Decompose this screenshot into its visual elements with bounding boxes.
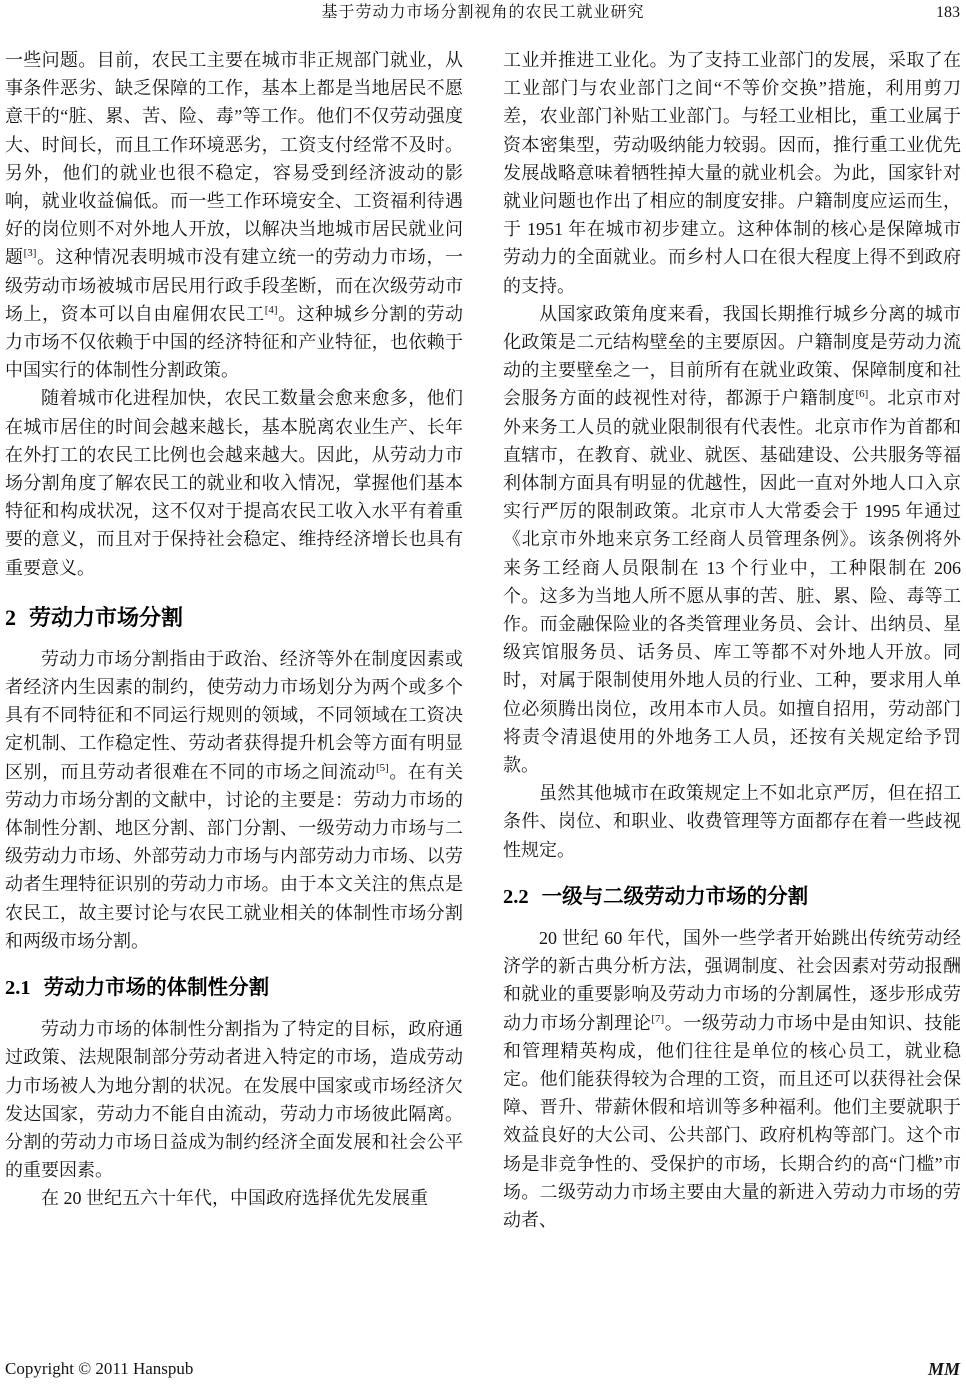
section-title: 一级与二级劳动力市场的分割 bbox=[542, 885, 809, 908]
paragraph: 虽然其他城市在政策规定上不如北京严厉，但在招工条件、岗位、和职业、收费管理等方面… bbox=[503, 779, 961, 864]
section-number: 2.1 bbox=[5, 977, 31, 999]
journal-logo: MM bbox=[928, 1358, 960, 1380]
paragraph: 从国家政策角度来看，我国长期推行城乡分离的城市化政策是二元结构壁垒的主要原因。户… bbox=[503, 300, 961, 779]
page-header: 基于劳动力市场分割视角的农民工就业研究 183 bbox=[5, 2, 961, 28]
paper-page: 基于劳动力市场分割视角的农民工就业研究 183 一些问题。目前，农民工主要在城市… bbox=[0, 0, 966, 1386]
paragraph: 劳动力市场的体制性分割指为了特定的目标，政府通过政策、法规限制部分劳动者进入特定… bbox=[5, 1015, 463, 1184]
paragraph: 一些问题。目前，农民工主要在城市非正规部门就业，从事条件恶劣、缺乏保障的工作，基… bbox=[5, 46, 463, 384]
right-column: 工业并推进工业化。为了支持工业部门的发展，采取了在工业部门与农业部门之间“不等价… bbox=[503, 46, 961, 1234]
reference-marker: [7] bbox=[651, 1013, 664, 1025]
paragraph: 劳动力市场分割指由于政治、经济等外在制度因素或者经济内生因素的制约，使劳动力市场… bbox=[5, 645, 463, 955]
reference-marker: [3] bbox=[24, 247, 37, 259]
section-title: 劳动力市场分割 bbox=[29, 605, 183, 630]
section-number: 2.2 bbox=[503, 886, 529, 908]
paragraph: 随着城市化进程加快，农民工数量会愈来愈多，他们在城市居住的时间会越来越长，基本脱… bbox=[5, 384, 463, 581]
section-heading-2: 2劳动力市场分割 bbox=[5, 604, 463, 632]
reference-marker: [5] bbox=[376, 762, 389, 774]
reference-marker: [4] bbox=[265, 304, 278, 316]
page-number: 183 bbox=[936, 2, 960, 24]
paragraph: 在 20 世纪五六十年代，中国政府选择优先发展重 bbox=[5, 1184, 463, 1212]
reference-marker: [6] bbox=[855, 388, 868, 400]
paragraph: 20 世纪 60 年代，国外一些学者开始跳出传统劳动经济学的新古典分析方法，强调… bbox=[503, 924, 961, 1234]
section-title: 劳动力市场的体制性分割 bbox=[44, 976, 270, 999]
copyright-notice: Copyright © 2011 Hanspub bbox=[5, 1358, 193, 1380]
left-column: 一些问题。目前，农民工主要在城市非正规部门就业，从事条件恶劣、缺乏保障的工作，基… bbox=[5, 46, 463, 1234]
paragraph: 工业并推进工业化。为了支持工业部门的发展，采取了在工业部门与农业部门之间“不等价… bbox=[503, 46, 961, 300]
running-title: 基于劳动力市场分割视角的农民工就业研究 bbox=[5, 2, 961, 24]
section-heading-2.2: 2.2一级与二级劳动力市场的分割 bbox=[503, 884, 961, 910]
two-column-body: 一些问题。目前，农民工主要在城市非正规部门就业，从事条件恶劣、缺乏保障的工作，基… bbox=[5, 46, 961, 1234]
page-footer: Copyright © 2011 Hanspub MM bbox=[5, 1358, 961, 1380]
section-number: 2 bbox=[5, 605, 16, 630]
section-heading-2.1: 2.1劳动力市场的体制性分割 bbox=[5, 975, 463, 1001]
